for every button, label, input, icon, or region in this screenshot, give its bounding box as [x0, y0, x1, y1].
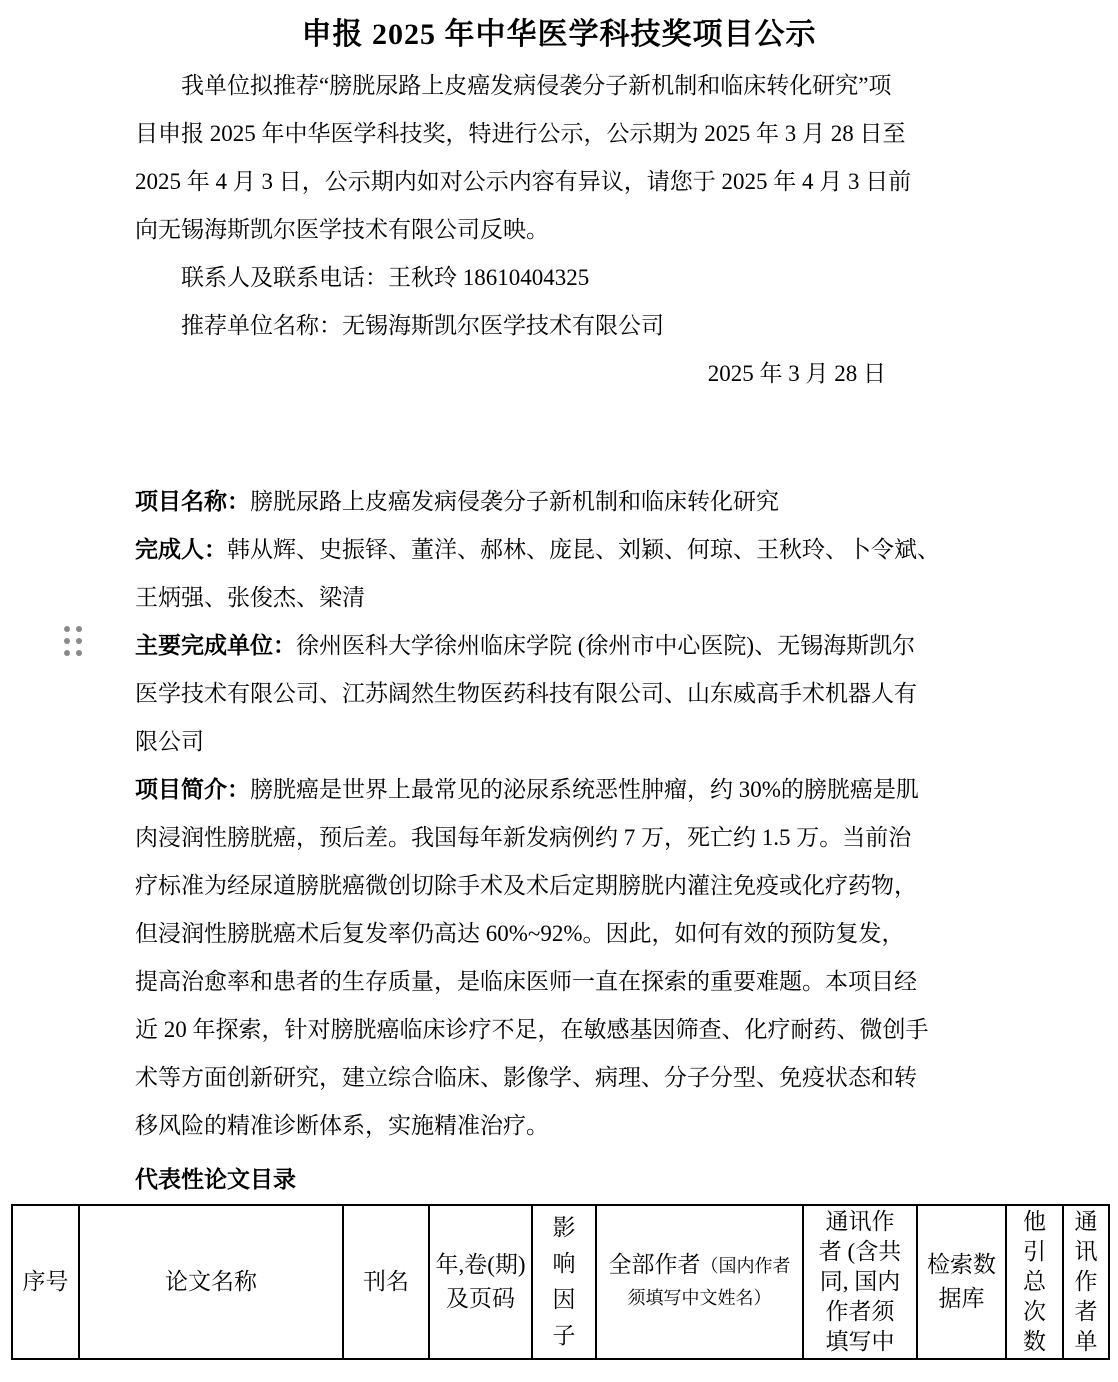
col-index-header: 序号: [12, 1205, 79, 1359]
col-corresponding-unit-label: 通 讯 作 者 单: [1075, 1209, 1098, 1354]
main-units-label: 主要完成单位：: [135, 633, 296, 658]
papers-table-header-row: 序号 论文名称 刊名 年,卷(期) 及页码 影 响 因 子 全部作者（国内作者 …: [12, 1205, 1109, 1359]
drag-handle-dot: [64, 638, 70, 644]
section-main-units: 主要完成单位：徐州医科大学徐州临床学院 (徐州市中心医院)、无锡海斯凯尔 医学技…: [135, 622, 985, 766]
project-name-label: 项目名称：: [135, 489, 250, 514]
contact-line: 联系人及联系电话：王秋玲 18610404325: [135, 254, 985, 302]
col-all-authors-header: 全部作者（国内作者 须填写中文姓名）: [596, 1205, 803, 1359]
col-corresponding-unit-header: 通 讯 作 者 单: [1063, 1205, 1109, 1359]
col-journal-header: 刊名: [343, 1205, 429, 1359]
col-journal-label: 刊名: [363, 1269, 409, 1294]
section-project-name: 项目名称：膀胱尿路上皮癌发病侵袭分子新机制和临床转化研究: [135, 478, 985, 526]
drag-handle-dot: [76, 650, 82, 656]
col-paper-title-label: 论文名称: [165, 1269, 257, 1294]
drag-handle-dot: [64, 650, 70, 656]
col-corresponding-author-label: 通讯作 者 (含共 同, 国内 作者须 填写中: [819, 1209, 901, 1354]
papers-table-title: 代表性论文目录: [135, 1156, 985, 1204]
drag-handle-dot: [76, 626, 82, 632]
vertical-spacer: [135, 398, 985, 478]
col-database-header: 检索数 据库: [917, 1205, 1006, 1359]
col-all-authors-label: 全部作者: [609, 1252, 701, 1277]
section-completers: 完成人：韩从辉、史振铎、董洋、郝林、庞昆、刘颖、何琼、王秋玲、卜令斌、 王炳强、…: [135, 526, 985, 622]
drag-handle-dot: [64, 626, 70, 632]
intro-paragraph-text: 我单位拟推荐“膀胱尿路上皮癌发病侵袭分子新机制和临床转化研究”项 目申报 202…: [135, 73, 911, 242]
col-corresponding-author-header: 通讯作 者 (含共 同, 国内 作者须 填写中: [803, 1205, 917, 1359]
completers-text: 韩从辉、史振铎、董洋、郝林、庞昆、刘颖、何琼、王秋玲、卜令斌、 王炳强、张俊杰、…: [135, 537, 940, 610]
document-body: 我单位拟推荐“膀胱尿路上皮癌发病侵袭分子新机制和临床转化研究”项 目申报 202…: [0, 62, 1118, 1204]
project-intro-label: 项目简介：: [135, 777, 250, 802]
col-database-label: 检索数 据库: [927, 1252, 996, 1311]
papers-table: 序号 论文名称 刊名 年,卷(期) 及页码 影 响 因 子 全部作者（国内作者 …: [11, 1204, 1110, 1360]
col-index-label: 序号: [23, 1269, 69, 1294]
project-intro-text: 膀胱癌是世界上最常见的泌尿系统恶性肿瘤，约 30%的膀胱癌是肌 肉浸润性膀胱癌，…: [135, 777, 929, 1138]
drag-handle-dot: [76, 638, 82, 644]
date-line: 2025 年 3 月 28 日: [135, 350, 985, 398]
col-paper-title-header: 论文名称: [79, 1205, 343, 1359]
document-title: 申报 2025 年中华医学科技奖项目公示: [0, 0, 1118, 62]
project-name-text: 膀胱尿路上皮癌发病侵袭分子新机制和临床转化研究: [250, 489, 779, 514]
document-page: 申报 2025 年中华医学科技奖项目公示 我单位拟推荐“膀胱尿路上皮癌发病侵袭分…: [0, 0, 1118, 1382]
col-year-pages-header: 年,卷(期) 及页码: [429, 1205, 532, 1359]
col-impact-factor-label: 影 响 因 子: [553, 1215, 576, 1348]
recommender-line: 推荐单位名称：无锡海斯凯尔医学技术有限公司: [135, 302, 985, 350]
block-drag-handle-icon[interactable]: [64, 626, 82, 656]
col-citations-header: 他 引 总 次 数: [1006, 1205, 1063, 1359]
section-project-intro: 项目简介：膀胱癌是世界上最常见的泌尿系统恶性肿瘤，约 30%的膀胱癌是肌 肉浸润…: [135, 766, 985, 1150]
col-impact-factor-header: 影 响 因 子: [532, 1205, 596, 1359]
completers-label: 完成人：: [135, 537, 227, 562]
intro-paragraph: 我单位拟推荐“膀胱尿路上皮癌发病侵袭分子新机制和临床转化研究”项 目申报 202…: [135, 62, 985, 254]
col-year-pages-label: 年,卷(期) 及页码: [435, 1252, 525, 1311]
col-citations-label: 他 引 总 次 数: [1023, 1209, 1046, 1354]
